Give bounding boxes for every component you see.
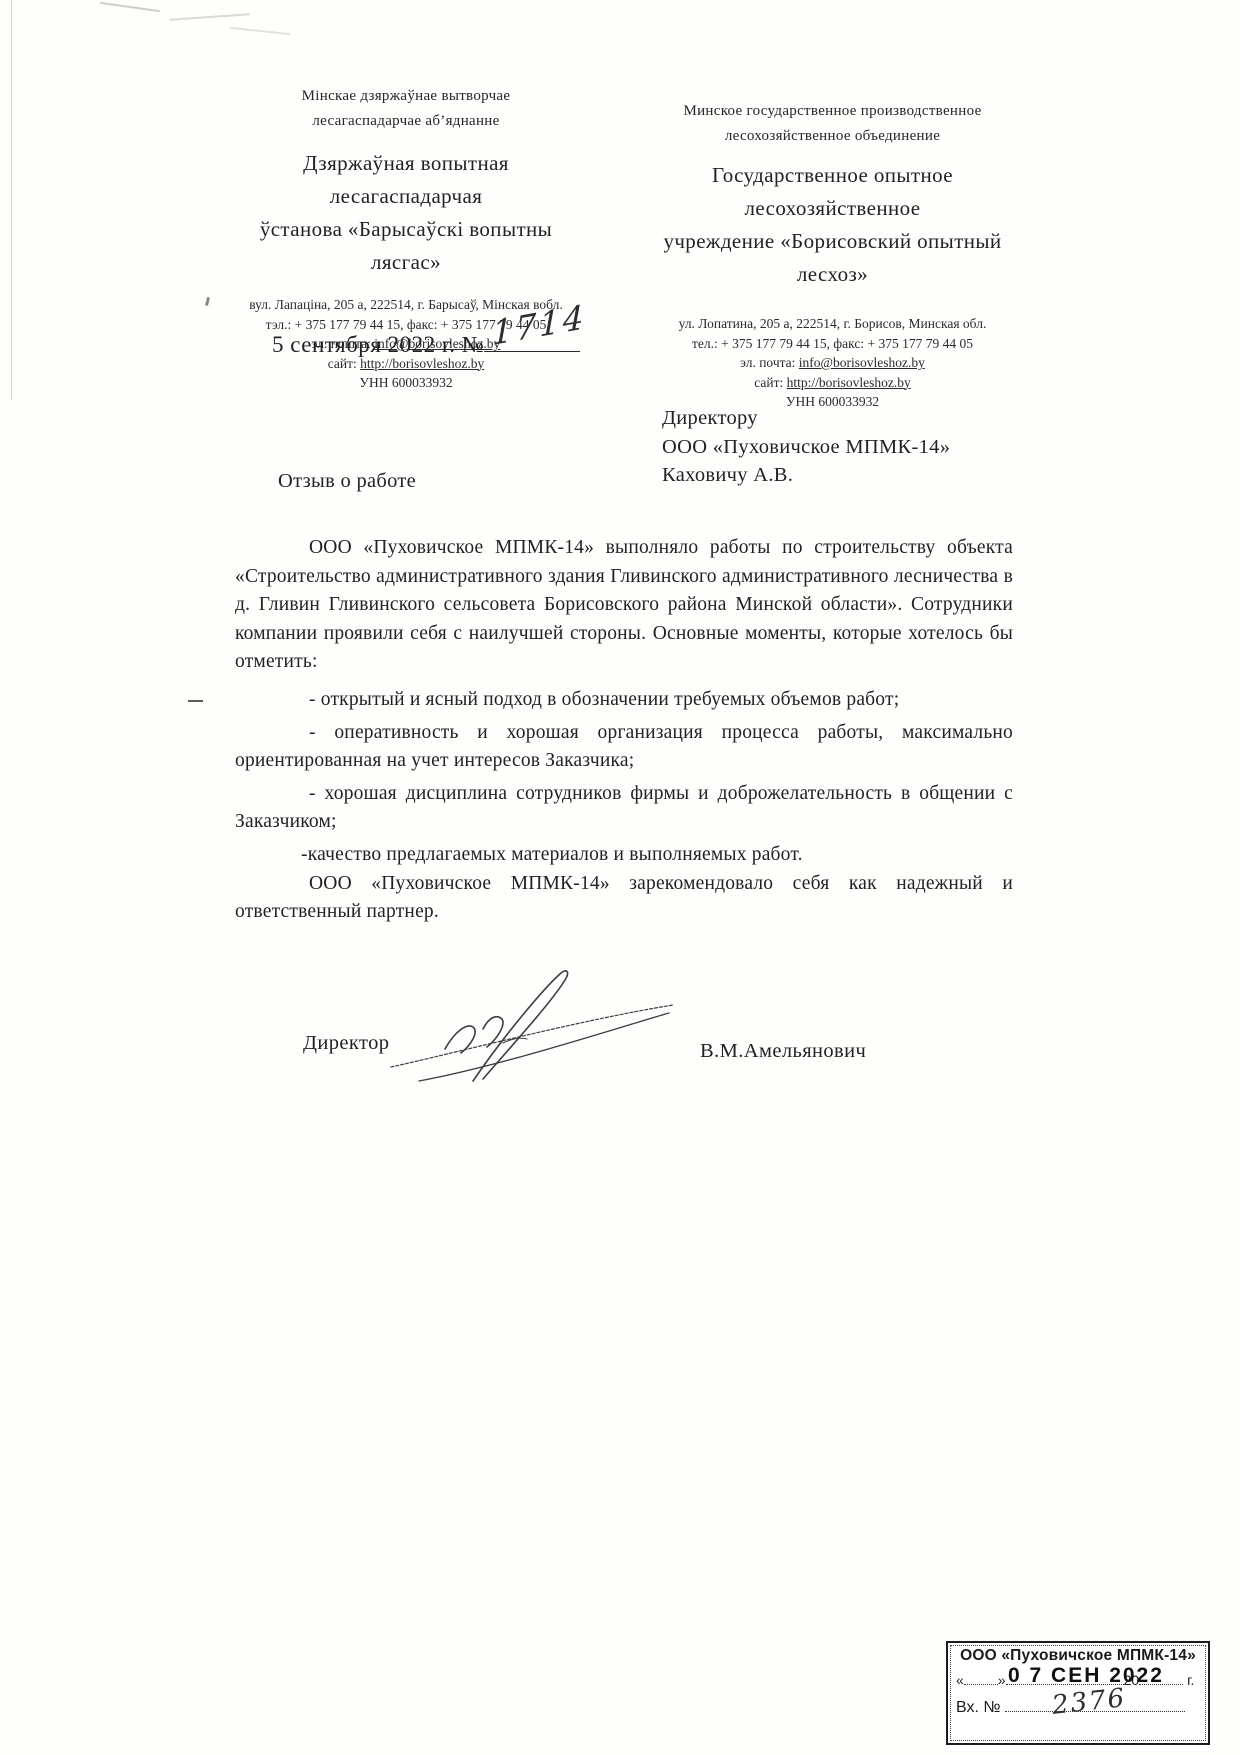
stamp-company: ООО «Пуховичское МПМК-14» bbox=[956, 1647, 1200, 1665]
stamp-incoming-number-handwritten: 2376 bbox=[1051, 1683, 1128, 1721]
body-paragraph: ООО «Пуховичское МПМК-14» выполняло рабо… bbox=[235, 534, 1013, 677]
email-line: эл. почта: info@borisovleshoz.by bbox=[645, 353, 1020, 373]
body-paragraph: ООО «Пуховичское МПМК-14» зарекомендовал… bbox=[235, 870, 1013, 927]
scan-edge-line bbox=[11, 0, 12, 400]
subject-line: Отзыв о работе bbox=[278, 470, 416, 493]
email-address: info@borisovleshoz.by bbox=[799, 355, 925, 370]
stamp-quote-open: « bbox=[956, 1672, 964, 1688]
scan-margin-dash bbox=[188, 700, 203, 702]
address-block-ru: ул. Лопатина, 205 а, 222514, г. Борисов,… bbox=[645, 314, 1020, 412]
unn-line: УНН 600033932 bbox=[228, 373, 584, 393]
date-and-number-label: 5 сентября 2022 г. № bbox=[272, 332, 484, 357]
signer-title: Директор bbox=[303, 1032, 389, 1055]
signer-name: В.М.Амельянович bbox=[700, 1040, 866, 1063]
scan-smudge bbox=[230, 27, 290, 35]
org-line: Минское государственное производственное bbox=[645, 99, 1020, 124]
incoming-stamp: ООО «Пуховичское МПМК-14» «»20 г. 0 7 СЕ… bbox=[946, 1641, 1210, 1745]
addressee-title: Директору bbox=[662, 404, 950, 433]
org-line: Государственное опытное лесохозяйственно… bbox=[645, 159, 1020, 225]
addressee-company: ООО «Пуховичское МПМК-14» bbox=[662, 433, 950, 462]
stamp-date-imprint: 0 7 СЕН 2022 bbox=[1008, 1664, 1164, 1688]
body-bullet: -качество предлагаемых материалов и выпо… bbox=[235, 841, 1013, 870]
website-line: сайт: http://borisovleshoz.by bbox=[645, 373, 1020, 393]
site-label: сайт: bbox=[754, 375, 786, 390]
scanned-letter-page: Мінскае дзяржаўнае вытворчае лесагаспада… bbox=[0, 0, 1240, 1755]
addressee-block: Директору ООО «Пуховичское МПМК-14» Кахо… bbox=[662, 404, 950, 490]
stamp-incoming-row: Вх. № 2376 bbox=[956, 1699, 1200, 1717]
email-label: эл. почта: bbox=[740, 355, 799, 370]
org-name-big-by: Дзяржаўная вопытная лесагаспадарчая ўста… bbox=[228, 147, 584, 279]
addressee-person: Каховичу А.В. bbox=[662, 461, 950, 490]
letter-body: ООО «Пуховичское МПМК-14» выполняло рабо… bbox=[235, 534, 1013, 927]
org-line: лесохозяйственное объединение bbox=[645, 124, 1020, 149]
org-name-small-by: Мінскае дзяржаўнае вытворчае лесагаспада… bbox=[228, 84, 584, 134]
scan-smudge bbox=[100, 2, 160, 12]
letterhead-right: Минское государственное производственное… bbox=[645, 99, 1020, 412]
scan-smudge bbox=[170, 13, 250, 21]
body-bullet: - оперативность и хорошая организация пр… bbox=[235, 719, 1013, 776]
stamp-day-blank bbox=[964, 1673, 998, 1685]
org-line: Дзяржаўная вопытная лесагаспадарчая bbox=[228, 147, 584, 213]
stamp-incoming-label: Вх. № bbox=[956, 1699, 1001, 1716]
address-line: тел.: + 375 177 79 44 15, факс: + 375 17… bbox=[645, 334, 1020, 354]
body-bullet: - хорошая дисциплина сотрудников фирмы и… bbox=[235, 780, 1013, 837]
website-url: http://borisovleshoz.by bbox=[787, 375, 911, 390]
address-line: ул. Лопатина, 205 а, 222514, г. Борисов,… bbox=[645, 314, 1020, 334]
org-line: лесагаспадарчае аб’яднанне bbox=[228, 109, 584, 134]
org-name-big-ru: Государственное опытное лесохозяйственно… bbox=[645, 159, 1020, 291]
stamp-year-suffix: г. bbox=[1187, 1672, 1194, 1688]
org-name-small-ru: Минское государственное производственное… bbox=[645, 99, 1020, 149]
handwritten-signature bbox=[385, 965, 685, 1085]
body-bullet: - открытый и ясный подход в обозначении … bbox=[235, 686, 1013, 715]
org-line: Мінскае дзяржаўнае вытворчае bbox=[228, 84, 584, 109]
stamp-date-row: «»20 г. 0 7 СЕН 2022 bbox=[956, 1672, 1200, 1688]
stamp-quote-close: » bbox=[998, 1672, 1006, 1688]
org-line: ўстанова «Барысаўскі вопытны лясгас» bbox=[228, 213, 584, 279]
org-line: учреждение «Борисовский опытный лесхоз» bbox=[645, 225, 1020, 291]
scan-speck-apostrophe bbox=[205, 297, 210, 306]
